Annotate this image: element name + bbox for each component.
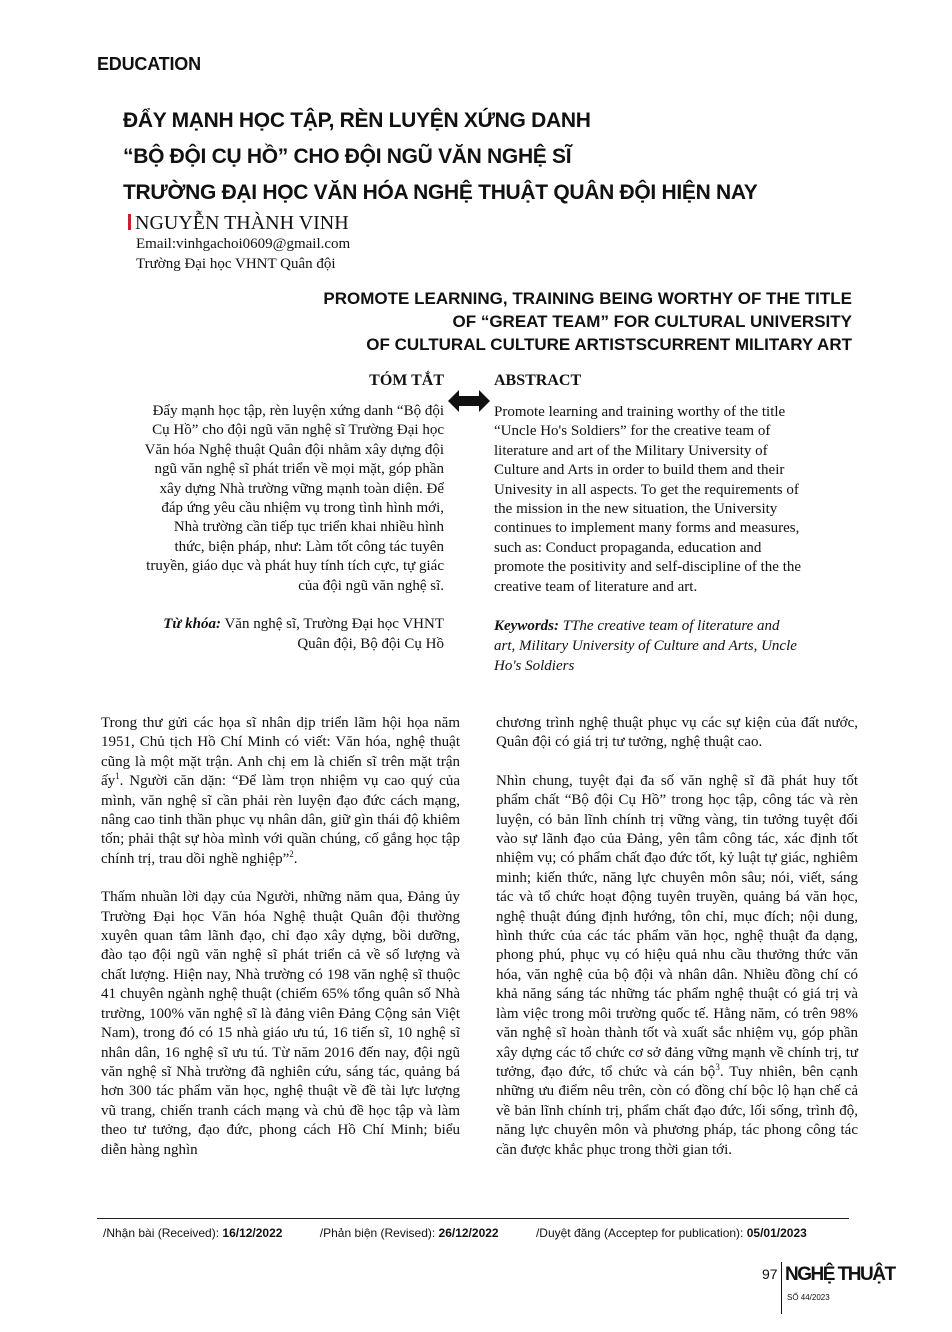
summary-line: xây dựng Nhà trường vững mạnh toàn diện.… — [97, 480, 444, 499]
title-en-line: OF “GREAT TEAM” FOR CULTURAL UNIVERSITY — [323, 310, 852, 333]
keywords-en-text: Ho's Soldiers — [494, 656, 851, 676]
footer-divider — [97, 1218, 849, 1219]
section-label: EDUCATION — [97, 54, 201, 75]
summary-line: truyền, giáo dục và phát huy tính tích c… — [97, 557, 444, 576]
body-paragraph: chương trình nghệ thuật phục vụ các sự k… — [496, 714, 858, 753]
received-date: /Nhận bài (Received): 16/12/2022 — [103, 1226, 282, 1240]
author-name: NGUYỄN THÀNH VINH — [135, 212, 349, 234]
title-line: “BỘ ĐỘI CỤ HỒ” CHO ĐỘI NGŨ VĂN NGHỆ SĨ — [123, 139, 758, 175]
summary-line: thức, biện pháp, như: Làm tốt công tác t… — [97, 538, 444, 557]
keywords-en-text: TThe creative team of literature and — [563, 618, 780, 634]
title-en-line: OF CULTURAL CULTURE ARTISTSCURRENT MILIT… — [323, 333, 852, 356]
title-line: ĐẨY MẠNH HỌC TẬP, RÈN LUYỆN XỨNG DANH — [123, 103, 758, 139]
summary-line: Văn hóa Nghệ thuật Quân đội nhằm xây dựn… — [97, 441, 444, 460]
publication-dates: /Nhận bài (Received): 16/12/2022 /Phản b… — [103, 1226, 807, 1240]
journal-issue: SỐ 44/2023 — [787, 1293, 830, 1302]
author-block: NGUYỄN THÀNH VINH — [128, 211, 349, 235]
article-title-en: PROMOTE LEARNING, TRAINING BEING WORTHY … — [323, 287, 852, 356]
page-number: 97 — [762, 1266, 778, 1282]
body-paragraph: Thấm nhuần lời dạy của Người, những năm … — [101, 888, 460, 1160]
abstract-line: continues to implement many forms and me… — [494, 519, 851, 538]
logo-divider — [781, 1262, 782, 1314]
keywords-vi-label: Từ khóa: — [163, 616, 221, 632]
body-paragraph: Nhìn chung, tuyệt đại đa số văn nghệ sĩ … — [496, 772, 858, 1160]
keywords-vi-text: Quân đội, Bộ đội Cụ Hồ — [97, 634, 444, 654]
revised-date: /Phản biện (Revised): 26/12/2022 — [320, 1226, 499, 1240]
keywords-vi: Từ khóa: Văn nghệ sĩ, Trường Đại học VHN… — [97, 614, 444, 654]
abstract-line: creative team of literature and art. — [494, 578, 851, 597]
keywords-en: Keywords: TThe creative team of literatu… — [494, 616, 851, 676]
abstract-line: “Uncle Ho's Soldiers” for the creative t… — [494, 422, 851, 441]
keywords-en-label: Keywords: — [494, 618, 559, 634]
summary-line: Nhà trường cần tiếp tục triển khai nhiều… — [97, 518, 444, 537]
summary-line: đáp ứng yêu cầu nhiệm vụ trong tình hình… — [97, 499, 444, 518]
abstract-heading: ABSTRACT — [494, 372, 851, 390]
author-affiliation: Trường Đại học VHNT Quân đội — [136, 256, 336, 273]
abstract-line: literature and art of the Military Unive… — [494, 442, 851, 461]
abstract-line: promote the positivity and self-discipli… — [494, 558, 851, 577]
keywords-en-text: art, Military University of Culture and … — [494, 636, 851, 656]
summary-heading: TÓM TẮT — [97, 372, 444, 390]
double-arrow-icon — [448, 390, 490, 412]
summary-line: ngũ văn nghệ sĩ phát triển về mọi mặt, g… — [97, 460, 444, 479]
summary-line: Đẩy mạnh học tập, rèn luyện xứng danh “B… — [97, 402, 444, 421]
abstract-line: Promote learning and training worthy of … — [494, 403, 851, 422]
abstract-en-body: Promote learning and training worthy of … — [494, 403, 851, 597]
body-paragraph: Trong thư gửi các họa sĩ nhân dịp triển … — [101, 714, 460, 869]
title-en-line: PROMOTE LEARNING, TRAINING BEING WORTHY … — [323, 287, 852, 310]
abstract-line: Univesity in all aspects. To get the req… — [494, 481, 851, 500]
journal-logo: NGHỆ THUẬT — [785, 1264, 895, 1286]
abstract-line: such as: Conduct propaganda, education a… — [494, 539, 851, 558]
body-column-left: Trong thư gửi các họa sĩ nhân dịp triển … — [101, 714, 460, 1179]
title-line: TRƯỜNG ĐẠI HỌC VĂN HÓA NGHỆ THUẬT QUÂN Đ… — [123, 175, 758, 211]
summary-vi-body: Đẩy mạnh học tập, rèn luyện xứng danh “B… — [97, 402, 444, 596]
body-column-right: chương trình nghệ thuật phục vụ các sự k… — [496, 714, 858, 1179]
article-title-vi: ĐẨY MẠNH HỌC TẬP, RÈN LUYỆN XỨNG DANH “B… — [123, 103, 758, 211]
abstract-line: the mission in the new situation, the Un… — [494, 500, 851, 519]
summary-line: của đội ngũ văn nghệ sĩ. — [97, 577, 444, 596]
summary-line: Cụ Hồ” cho đội ngũ văn nghệ sĩ Trường Đạ… — [97, 421, 444, 440]
author-marker-icon — [128, 214, 131, 230]
keywords-vi-text: Văn nghệ sĩ, Trường Đại học VHNT — [224, 616, 444, 632]
abstract-line: Culture and Arts in order to build them … — [494, 461, 851, 480]
accepted-date: /Duyệt đăng (Acceptep for publication): … — [536, 1226, 807, 1240]
author-email: Email:vinhgachoi0609@gmail.com — [136, 236, 350, 253]
